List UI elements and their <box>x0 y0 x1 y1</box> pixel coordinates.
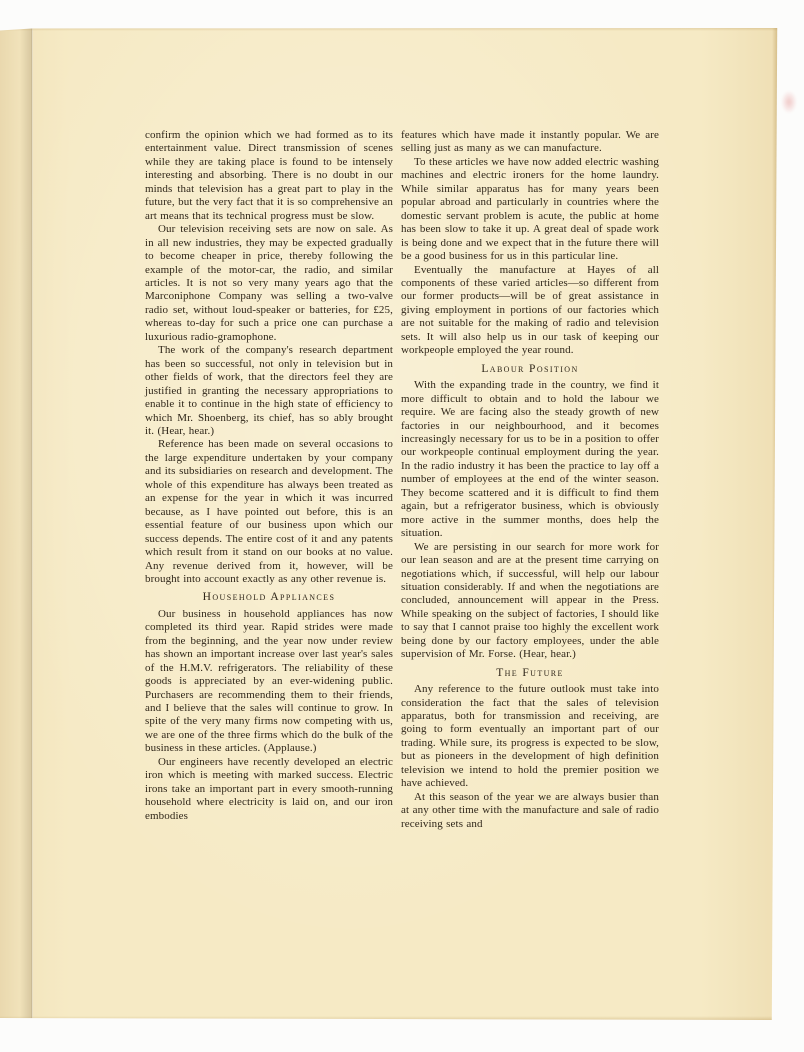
paper-edge-top <box>0 28 778 31</box>
fold-crease <box>31 28 33 1020</box>
paragraph: Our engineers have recently developed an… <box>145 756 393 823</box>
paragraph: Our television receiving sets are now on… <box>145 223 393 344</box>
paragraph: To these articles we have now added elec… <box>401 156 659 264</box>
right-column: features which have made it instantly po… <box>401 129 659 831</box>
paragraph: We are persisting in our search for more… <box>401 541 659 662</box>
paragraph: Reference has been made on several occas… <box>145 438 393 586</box>
paper-sheet: confirm the opinion which we had formed … <box>0 28 778 1020</box>
paragraph: Eventually the manufacture at Hayes of a… <box>401 264 659 358</box>
paper-edge-bottom <box>0 1016 778 1020</box>
pink-smudge <box>778 86 800 118</box>
scan-background: confirm the opinion which we had formed … <box>0 0 804 1052</box>
paragraph: confirm the opinion which we had formed … <box>145 129 393 223</box>
paragraph: features which have made it instantly po… <box>401 129 659 156</box>
section-heading-household-appliances: Household Appliances <box>145 591 393 604</box>
paragraph: The work of the company's research depar… <box>145 344 393 438</box>
left-column: confirm the opinion which we had formed … <box>145 129 393 831</box>
text-columns: confirm the opinion which we had formed … <box>145 129 659 831</box>
paper-edge-right <box>772 28 778 1020</box>
paragraph: Any reference to the future outlook must… <box>401 683 659 791</box>
paragraph: With the expanding trade in the country,… <box>401 379 659 540</box>
section-heading-the-future: The Future <box>401 667 659 680</box>
paragraph: At this season of the year we are always… <box>401 791 659 831</box>
paragraph: Our business in household appliances has… <box>145 608 393 756</box>
section-heading-labour-position: Labour Position <box>401 363 659 376</box>
fold-shadow <box>0 28 33 1020</box>
